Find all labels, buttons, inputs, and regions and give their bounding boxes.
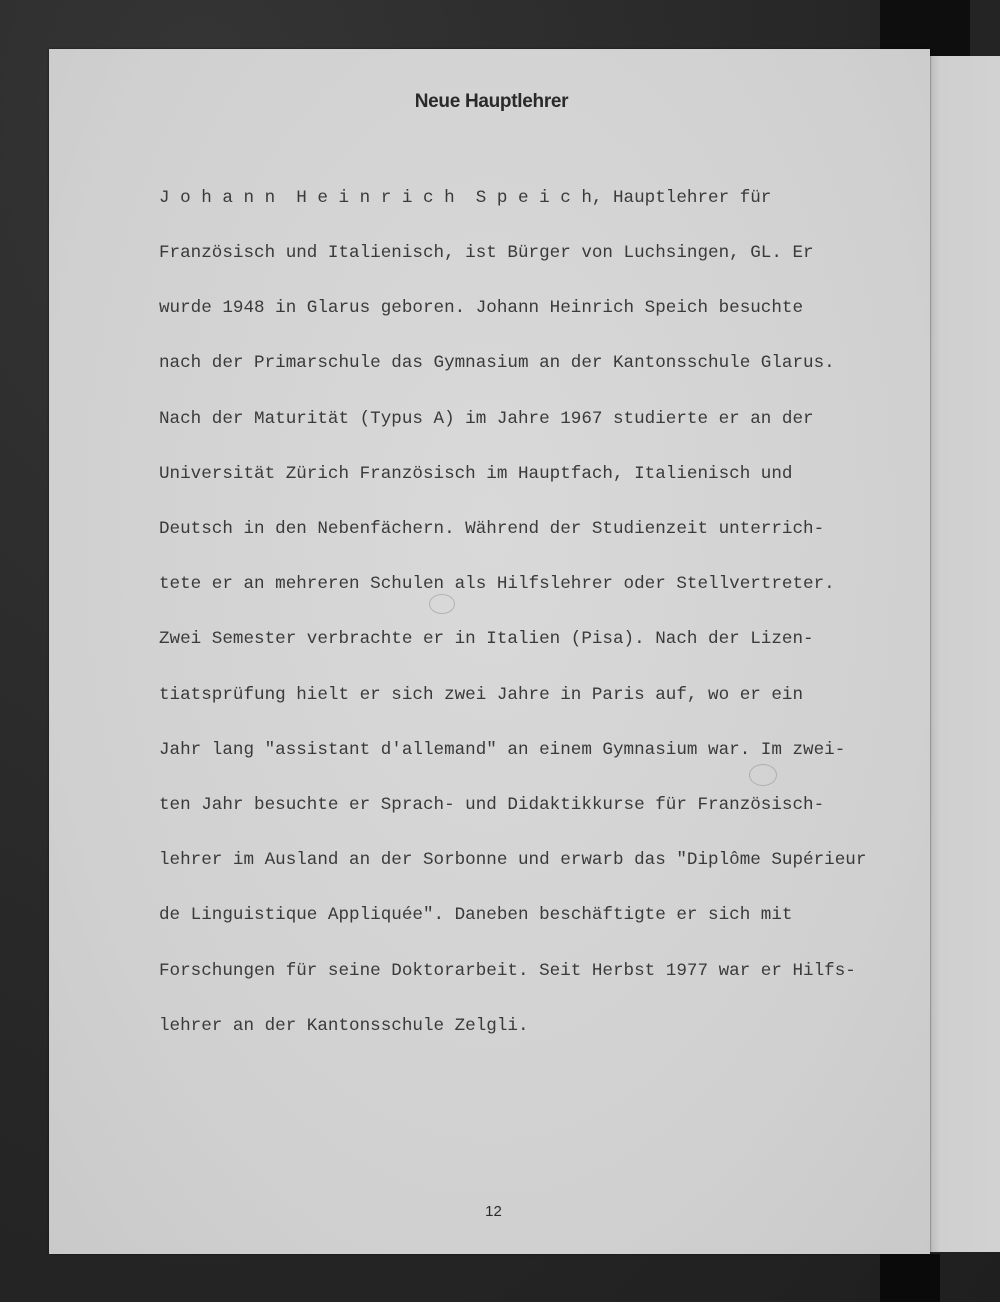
text-line: Universität Zürich Französisch im Hauptf… xyxy=(159,465,939,483)
text-line: lehrer im Ausland an der Sorbonne und er… xyxy=(159,851,939,869)
text-line: Forschungen für seine Doktorarbeit. Seit… xyxy=(159,962,939,980)
text-line: tete er an mehreren Schulen als Hilfsleh… xyxy=(159,575,939,593)
text-line: nach der Primarschule das Gymnasium an d… xyxy=(159,354,939,372)
text-line: Deutsch in den Nebenfächern. Während der… xyxy=(159,520,939,538)
faint-pencil-mark xyxy=(429,594,455,614)
book-spine-top xyxy=(880,0,970,56)
facing-page-edge xyxy=(930,56,1000,1252)
text-line: lehrer an der Kantonsschule Zelgli. xyxy=(159,1017,939,1035)
page-title: Neue Hauptlehrer xyxy=(51,91,932,113)
text-line: de Linguistique Appliquée". Daneben besc… xyxy=(159,906,939,924)
text-line: ten Jahr besuchte er Sprach- und Didakti… xyxy=(159,796,939,814)
faint-pencil-mark xyxy=(749,764,777,786)
body-paragraph: J o h a n n H e i n r i c h S p e i c h,… xyxy=(159,152,939,1072)
text-line: Nach der Maturität (Typus A) im Jahre 19… xyxy=(159,410,939,428)
book-spine-bottom xyxy=(880,1254,940,1302)
document-page: Neue Hauptlehrer J o h a n n H e i n r i… xyxy=(49,49,930,1254)
text-line: tiatsprüfung hielt er sich zwei Jahre in… xyxy=(159,686,939,704)
page-number: 12 xyxy=(53,1203,934,1220)
text-line: Zwei Semester verbrachte er in Italien (… xyxy=(159,630,939,648)
text-line: J o h a n n H e i n r i c h S p e i c h,… xyxy=(159,189,939,207)
text-line: wurde 1948 in Glarus geboren. Johann Hei… xyxy=(159,299,939,317)
text-line: Französisch und Italienisch, ist Bürger … xyxy=(159,244,939,262)
text-line: Jahr lang "assistant d'allemand" an eine… xyxy=(159,741,939,759)
